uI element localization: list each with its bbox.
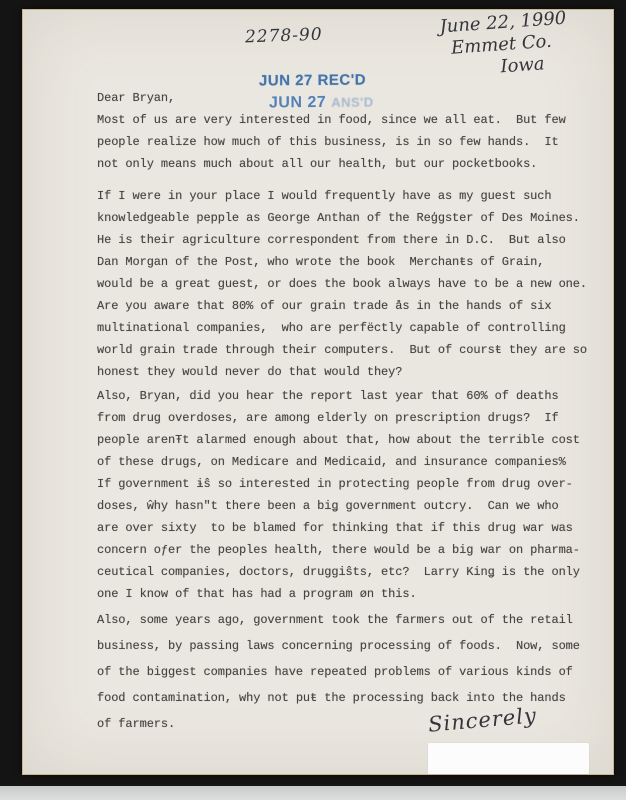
letter-salutation: Dear Bryan, (97, 87, 602, 109)
letter-line: Most of us are very interested in food, … (97, 109, 602, 131)
letter-line: world grain trade through their computer… (97, 339, 602, 361)
letter-line: Also, some years ago, government took th… (97, 607, 602, 633)
letter-line: He is their agriculture correspondent fr… (97, 229, 602, 251)
signature-redaction-box (428, 743, 589, 774)
letter-line: one I know of that has had a program øn … (97, 583, 602, 605)
letter-line: people arenŦt alarmed enough about that,… (97, 429, 602, 451)
letter-line: If I were in your place I would frequent… (97, 185, 602, 207)
state-handwritten: Iowa (500, 52, 570, 79)
letter-line: Dan Morgan of the Post, who wrote the bo… (97, 251, 602, 273)
letter-paragraph: Most of us are very interested in food, … (97, 109, 602, 175)
letter-line: business, by passing laws concerning pro… (97, 633, 602, 659)
letter-paragraph: Also, Bryan, did you hear the report las… (97, 385, 602, 605)
letter-line: Also, Bryan, did you hear the report las… (97, 385, 602, 407)
letter-body: Most of us are very interested in food, … (97, 109, 602, 737)
letter-line: of the biggest companies have repeated p… (97, 659, 602, 685)
letter-line: knowledgeable pepple as George Anthan of… (97, 207, 602, 229)
letter-line: Are you aware that 80% of our grain trad… (97, 295, 602, 317)
letter-text: Dear Bryan, Most of us are very interest… (97, 87, 602, 737)
letter-line: people realize how much of this business… (97, 131, 602, 153)
letter-line: If government ɨŝ so interested in protec… (97, 473, 602, 495)
letter-line: ceutical companies, doctors, druggiŝts, … (97, 561, 602, 583)
letter-line: would be a great guest, or does the book… (97, 273, 602, 295)
letter-line: are over sixty to be blamed for thinking… (97, 517, 602, 539)
letter-line: concern oƒer the peoples health, there w… (97, 539, 602, 561)
letter-line: from drug overdoses, are among elderly o… (97, 407, 602, 429)
paper: 2278-90 June 22, 1990 Emmet Co. Iowa JUN… (22, 9, 614, 775)
case-number-handwritten: 2278-90 (245, 25, 323, 48)
letter-line: multinational companies, who are perfëct… (97, 317, 602, 339)
letter-line: of these drugs, on Medicare and Medicaid… (97, 451, 602, 473)
letter-paragraph: If I were in your place I would frequent… (97, 185, 602, 383)
letter-line: doses, ŵhy hasn"t there been a biǥ gover… (97, 495, 602, 517)
letter-line: not only means much about all our health… (97, 153, 602, 175)
scanner-edge-strip (0, 786, 626, 800)
scanned-letter: 2278-90 June 22, 1990 Emmet Co. Iowa JUN… (0, 0, 626, 800)
letter-line: honest they would never do that would th… (97, 361, 602, 383)
handwritten-date-block: June 22, 1990 Emmet Co. Iowa (439, 8, 570, 83)
